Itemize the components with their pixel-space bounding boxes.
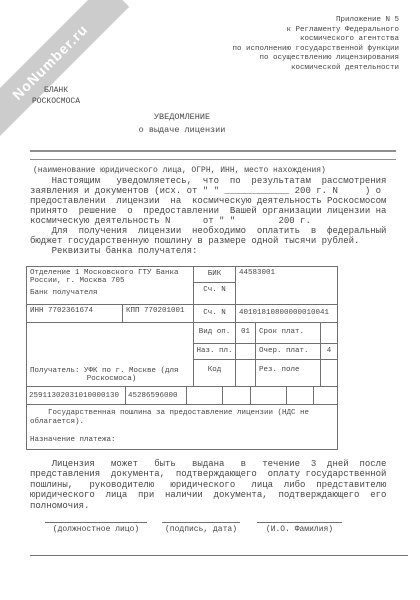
- purpose-line3: Назначение платежа:: [30, 436, 337, 445]
- code-empty-cell: [223, 387, 251, 404]
- signature-date: (подпись, дата): [162, 522, 240, 534]
- bik-value-cell: 44583001: [236, 267, 337, 304]
- paragraph-line: Настоящим уведомляетесь, что по результа…: [30, 176, 386, 186]
- paragraph-line: Для получения лицензии необходимо оплати…: [30, 226, 386, 236]
- paragraph-line: принято решение о предоставлении Вашей о…: [30, 206, 386, 216]
- roscosmos-letterhead: БЛАНК РОСКОСМОСА: [24, 86, 88, 107]
- org-fill-line-1: [30, 150, 396, 152]
- ocher-label: Очер. плат.: [256, 344, 321, 359]
- kpp-cell: КПП 770201001: [123, 305, 194, 322]
- table-row-recipient: Получатель: УФК по г. Москве (для Роскос…: [27, 322, 337, 386]
- header-line: космического агентства: [232, 35, 399, 45]
- appendix-header: Приложение N 5 к Регламенту Федерального…: [232, 16, 399, 74]
- acc2-value-cell: 40101810800000010041: [236, 305, 337, 322]
- signature-label: (должностное лицо): [53, 525, 139, 534]
- bank-requisites-table: Отделение 1 Московского ГТУ Банка России…: [26, 266, 338, 450]
- table-row-bank: Отделение 1 Московского ГТУ Банка России…: [27, 267, 337, 304]
- org-caption: (наименование юридического лица, ОГРН, И…: [33, 166, 326, 175]
- document-page: { "watermark": { "text": "NoNumber.ru" }…: [0, 0, 420, 600]
- bottom-divider: [30, 555, 408, 556]
- recipient-line2: Роскосмоса): [30, 375, 193, 383]
- paragraph-line: бюджет государственную пошлину в размере…: [30, 236, 386, 246]
- header-line: космической деятельности: [232, 64, 399, 74]
- payment-purpose-cell: Государственная пошлина за предоставлени…: [27, 404, 337, 449]
- recipient-cell: Получатель: УФК по г. Москве (для Роскос…: [27, 323, 194, 386]
- vid-op-label: Вид оп.: [194, 323, 236, 343]
- naz-pl-value: [236, 344, 256, 359]
- operation-details: Вид оп. 01 Срок плат. Наз. пл. Очер. пла…: [194, 323, 337, 386]
- vid-op-row: Вид оп. 01 Срок плат.: [194, 323, 337, 344]
- vid-op-value: 01: [236, 323, 256, 343]
- letterhead-line2: РОСКОСМОСА: [24, 97, 88, 108]
- notification-paragraph: Настоящим уведомляетесь, что по результа…: [30, 176, 386, 256]
- paragraph-line: представления документа, подтверждающего…: [30, 469, 386, 479]
- document-title-block: УВЕДОМЛЕНИЕ о выдаче лицензии: [26, 111, 338, 137]
- paragraph-line: юридического лица при наличии документа,…: [30, 490, 386, 500]
- inn-cell: ИНН 7702361674: [27, 305, 123, 322]
- header-line: к Регламенту Федерального: [232, 26, 399, 36]
- kod-row: Код Рез. поле: [194, 360, 337, 386]
- acc1-label: Сч. N: [194, 283, 235, 304]
- paragraph-line: пошлины, руководителю юридического лица …: [30, 480, 386, 490]
- purpose-line1: Государственная пошлина за предоставлени…: [30, 409, 337, 418]
- license-issue-paragraph: Лицензия может быть выдана в течение 3 д…: [30, 459, 386, 511]
- code-empty-cell: [287, 387, 314, 404]
- bank-name-cell: Отделение 1 Московского ГТУ Банка России…: [27, 267, 194, 304]
- rez-value: [321, 360, 337, 386]
- header-line: по осуществлению лицензирования: [232, 54, 399, 64]
- kod-label: Код: [194, 360, 236, 386]
- oktmo-cell: 45286596000: [126, 387, 187, 404]
- signature-label: (И.О. Фамилия): [266, 525, 333, 534]
- paragraph-line: предоставлении лицензии на космическую д…: [30, 196, 386, 206]
- paragraph-line: полномочия.: [30, 501, 386, 511]
- paragraph-line: космическую деятельность N от " " 200 г.: [30, 216, 386, 226]
- srok-value: [321, 323, 337, 343]
- acc2-label: Сч. N: [194, 305, 236, 322]
- paragraph-line: Лицензия может быть выдана в течение 3 д…: [30, 459, 386, 469]
- bank-name-line2: России, г. Москва 705: [30, 277, 193, 285]
- bank-recipient-label: Банк получателя: [30, 289, 193, 297]
- code-empty-cell: [314, 387, 337, 404]
- ocher-value: 4: [321, 344, 337, 359]
- code-empty-cell: [251, 387, 287, 404]
- letterhead-line1: БЛАНК: [24, 86, 88, 97]
- document-title: УВЕДОМЛЕНИЕ: [26, 111, 338, 124]
- recipient-line1: Получатель: УФК по г. Москве (для: [30, 367, 193, 375]
- table-row-inn: ИНН 7702361674 КПП 770201001 Сч. N 40101…: [27, 304, 337, 322]
- kbk-cell: 25911302031010000130: [27, 387, 126, 404]
- signature-name: (И.О. Фамилия): [257, 522, 342, 534]
- header-line: по исполнению государственной функции: [232, 45, 399, 55]
- code-empty-cell: [187, 387, 223, 404]
- signature-label: (подпись, дата): [165, 525, 237, 534]
- bik-label: БИК: [194, 267, 235, 283]
- document-subtitle: о выдаче лицензии: [26, 124, 338, 137]
- bik-acc-label-stack: БИК Сч. N: [194, 267, 236, 304]
- paragraph-line: заявления и документов (исх. от " " ____…: [30, 186, 386, 196]
- kod-value: [236, 360, 256, 386]
- srok-label: Срок плат.: [256, 323, 321, 343]
- purpose-line2: облагается).: [30, 418, 337, 427]
- header-line: Приложение N 5: [232, 16, 399, 26]
- naz-pl-row: Наз. пл. Очер. плат. 4: [194, 344, 337, 360]
- naz-pl-label: Наз. пл.: [194, 344, 236, 359]
- bank-name-line1: Отделение 1 Московского ГТУ Банка: [30, 269, 193, 277]
- org-fill-line-2: [30, 159, 396, 160]
- table-row-codes: 25911302031010000130 45286596000: [27, 386, 337, 404]
- rez-label: Рез. поле: [256, 360, 321, 386]
- paragraph-line: Реквизиты банка получателя:: [30, 246, 386, 256]
- signature-official: (должностное лицо): [45, 522, 147, 534]
